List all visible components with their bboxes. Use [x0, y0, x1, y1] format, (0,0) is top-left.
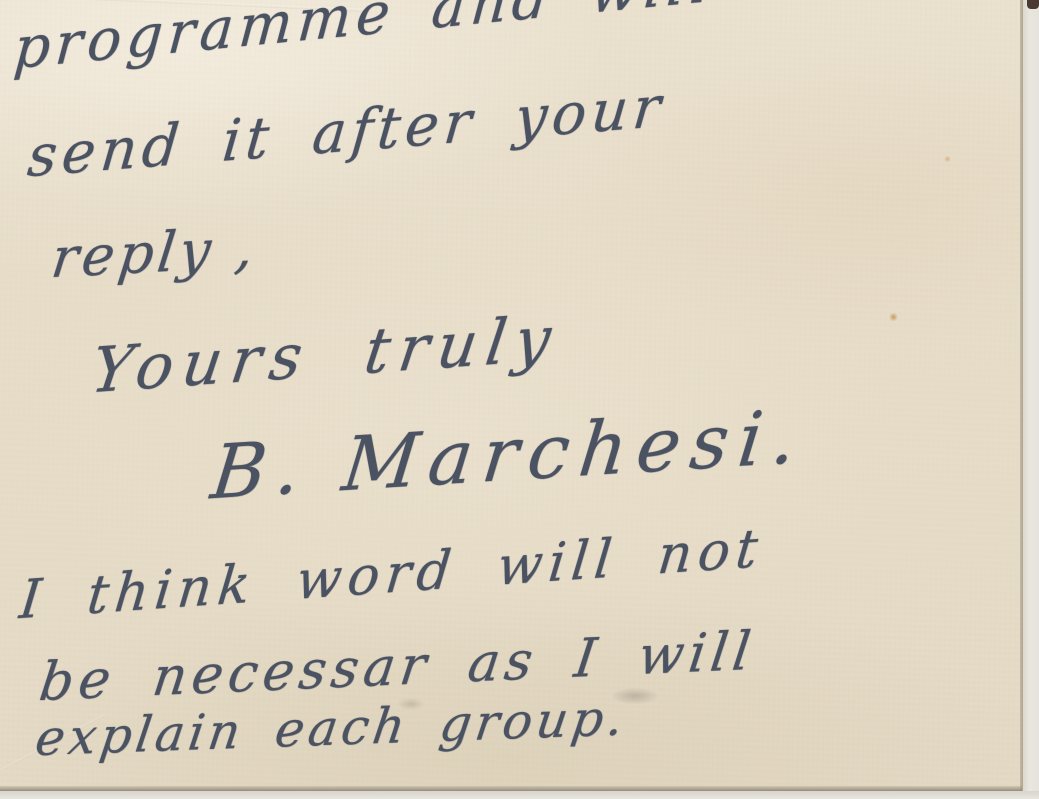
scan-corner-mark — [1027, 0, 1039, 9]
paper-stain — [889, 313, 898, 321]
closing-line: Yours truly — [87, 301, 565, 408]
body-line-1: programme and will — [11, 0, 716, 82]
body-line-2: send it after your — [25, 74, 669, 191]
signature: B. Marchesi. — [207, 393, 811, 516]
paper-stain — [944, 156, 951, 162]
scan-background-bottom — [0, 791, 1039, 799]
scan-background-right — [1023, 0, 1039, 799]
postscript-line-1: I think word will not — [17, 518, 767, 632]
letter-card: programme and will send it after your re… — [0, 0, 1022, 791]
body-line-3: reply , — [48, 215, 261, 290]
